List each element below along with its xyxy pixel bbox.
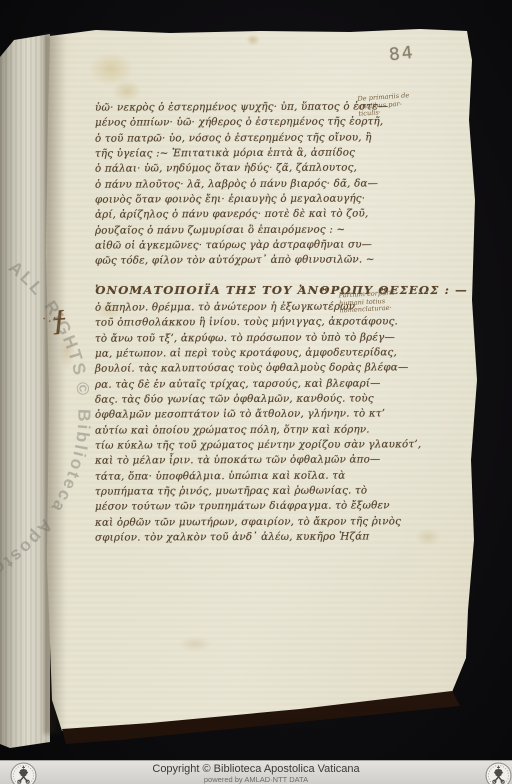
manuscript-line: δας. τὰς δύο γωνίας τῶν ὀφθαλμῶν, κανθού… bbox=[95, 391, 387, 408]
manuscript-line: ἀρί, ἀρίζηλος ὁ πάνυ φανερός· ποτὲ δὲ κα… bbox=[95, 207, 387, 224]
vatican-library-emblem-icon bbox=[485, 762, 512, 784]
ornamental-initial: ·.· ϯ bbox=[52, 303, 66, 344]
footer-bar: Copyright © Biblioteca Apostolica Vatica… bbox=[0, 760, 512, 784]
manuscript-line: τάτα, ὅπα· ὑποφθάλμια. ὑπώπια καὶ κοῖλα.… bbox=[95, 468, 387, 485]
manuscript-line: καὶ τὸ μέλαν ἶριν. τὰ ὑποκάτω τῶν ὀφθαλμ… bbox=[95, 453, 387, 470]
manuscript-line: ῥουζαῖος ὁ πάνυ ζωμυρίσαι ὃ ἐπαιρόμενος … bbox=[95, 222, 387, 239]
manuscript-line: ὁ πάλαι· ὑῶ, νηδύμος ὅταν ἡδύς· ζᾶ, ζάπλ… bbox=[95, 161, 387, 178]
manuscript-line: ὁ τοῦ πατρῶ· ὑο, νόσος ὁ ἐστερημένος τῆς… bbox=[95, 130, 387, 147]
manuscript-line: καὶ ὀρθῶν τῶν μυωτήρων, σφαιρίον, τὸ ἄκρ… bbox=[95, 514, 387, 531]
vatican-library-emblem-icon bbox=[10, 762, 37, 784]
manuscript-line: φῶς τόδε, φίλον τὸν αὐτόχρωτ᾽ ἀπὸ φθινυσ… bbox=[95, 253, 387, 270]
book-fore-edge bbox=[0, 0, 50, 784]
digitized-manuscript-viewer: 84 De primariis de analibus par- ticulis… bbox=[0, 0, 512, 784]
manuscript-line: τοῦ ὀπισθολάκκου ἢ ἰνίου. τοὺς μήνιγγας,… bbox=[95, 315, 387, 332]
manuscript-line: τὸ ἄνω τοῦ τξ’, ἀκρύφω. τὸ πρόσωπον τὸ ὑ… bbox=[95, 330, 387, 347]
manuscript-line: ὀφθαλμῶν μεσοπτάτον ἰῶ τὸ ἄτθολον, γλήνη… bbox=[95, 407, 387, 424]
manuscript-line: ὁ πάνυ πλοῦτος· λᾶ, λαβρὸς ὁ πάνυ βιαρός… bbox=[95, 176, 387, 193]
manuscript-line: βουλοί. τὰς καλυπτούσας τοὺς ὀφθαλμοὺς δ… bbox=[95, 361, 387, 378]
gutter-shadow bbox=[44, 34, 66, 734]
greek-text-section-2: ὁ ἄπηλον. θρέμμα. τὸ ἀνώτερον ἡ ἐξωγκωτέ… bbox=[95, 300, 387, 546]
manuscript-line: ὑῶ· νεκρὸς ὁ ἐστερημένος ψυχῆς· ὑπ, ὕπατ… bbox=[95, 99, 387, 116]
manuscript-line: σφιρίον. τὸν χαλκὸν τοῦ ἀνδ᾽ ἀλέω, κυκῆρ… bbox=[95, 530, 387, 547]
manuscript-line: φοινὸς ὅταν φοινὸς ἔηι· ἐριαυγὴς ὁ μεγαλ… bbox=[95, 191, 387, 208]
manuscript-line: ρα. τὰς δὲ ἐν αὐταῖς τρίχας, ταρσούς, κα… bbox=[95, 376, 387, 393]
manuscript-line: μέσον τούτων τῶν τρυπημάτων διάφραγμα. τ… bbox=[95, 499, 387, 516]
section-heading: ὈΝΟΜΑΤΟΠΟΙΪΑ ΤΗΣ ΤΟΥ ἈΝΘΡΩΠΥ ΘΕΣΕΩΣ : — bbox=[95, 283, 468, 297]
greek-text-section-1: ὑῶ· νεκρὸς ὁ ἐστερημένος ψυχῆς· ὑπ, ὕπατ… bbox=[95, 100, 387, 269]
manuscript-line: μα, μέτωπον. αἱ περὶ τοὺς κροτάφους, ἀμφ… bbox=[95, 345, 387, 362]
manuscript-line: μένος ὀππίων· ὑῶ· χήθερος ὁ ἐστερημένος … bbox=[95, 115, 387, 132]
folio-number: 84 bbox=[388, 43, 416, 66]
manuscript-line: ὁ ἄπηλον. θρέμμα. τὸ ἀνώτερον ἡ ἐξωγκωτέ… bbox=[95, 299, 387, 316]
initial-dots: ·.· bbox=[42, 313, 58, 325]
powered-by-text: powered by AMLAD·NTT DATA bbox=[0, 776, 512, 784]
manuscript-line: αὐτίω καὶ ὁποίου χρώματος πόλη, ὅτην καὶ… bbox=[95, 422, 387, 439]
manuscript-line: τῆς ὑγείας :~ Ἐπιτατικὰ μόρια ἑπτὰ ἃ, ἀσ… bbox=[95, 145, 387, 162]
